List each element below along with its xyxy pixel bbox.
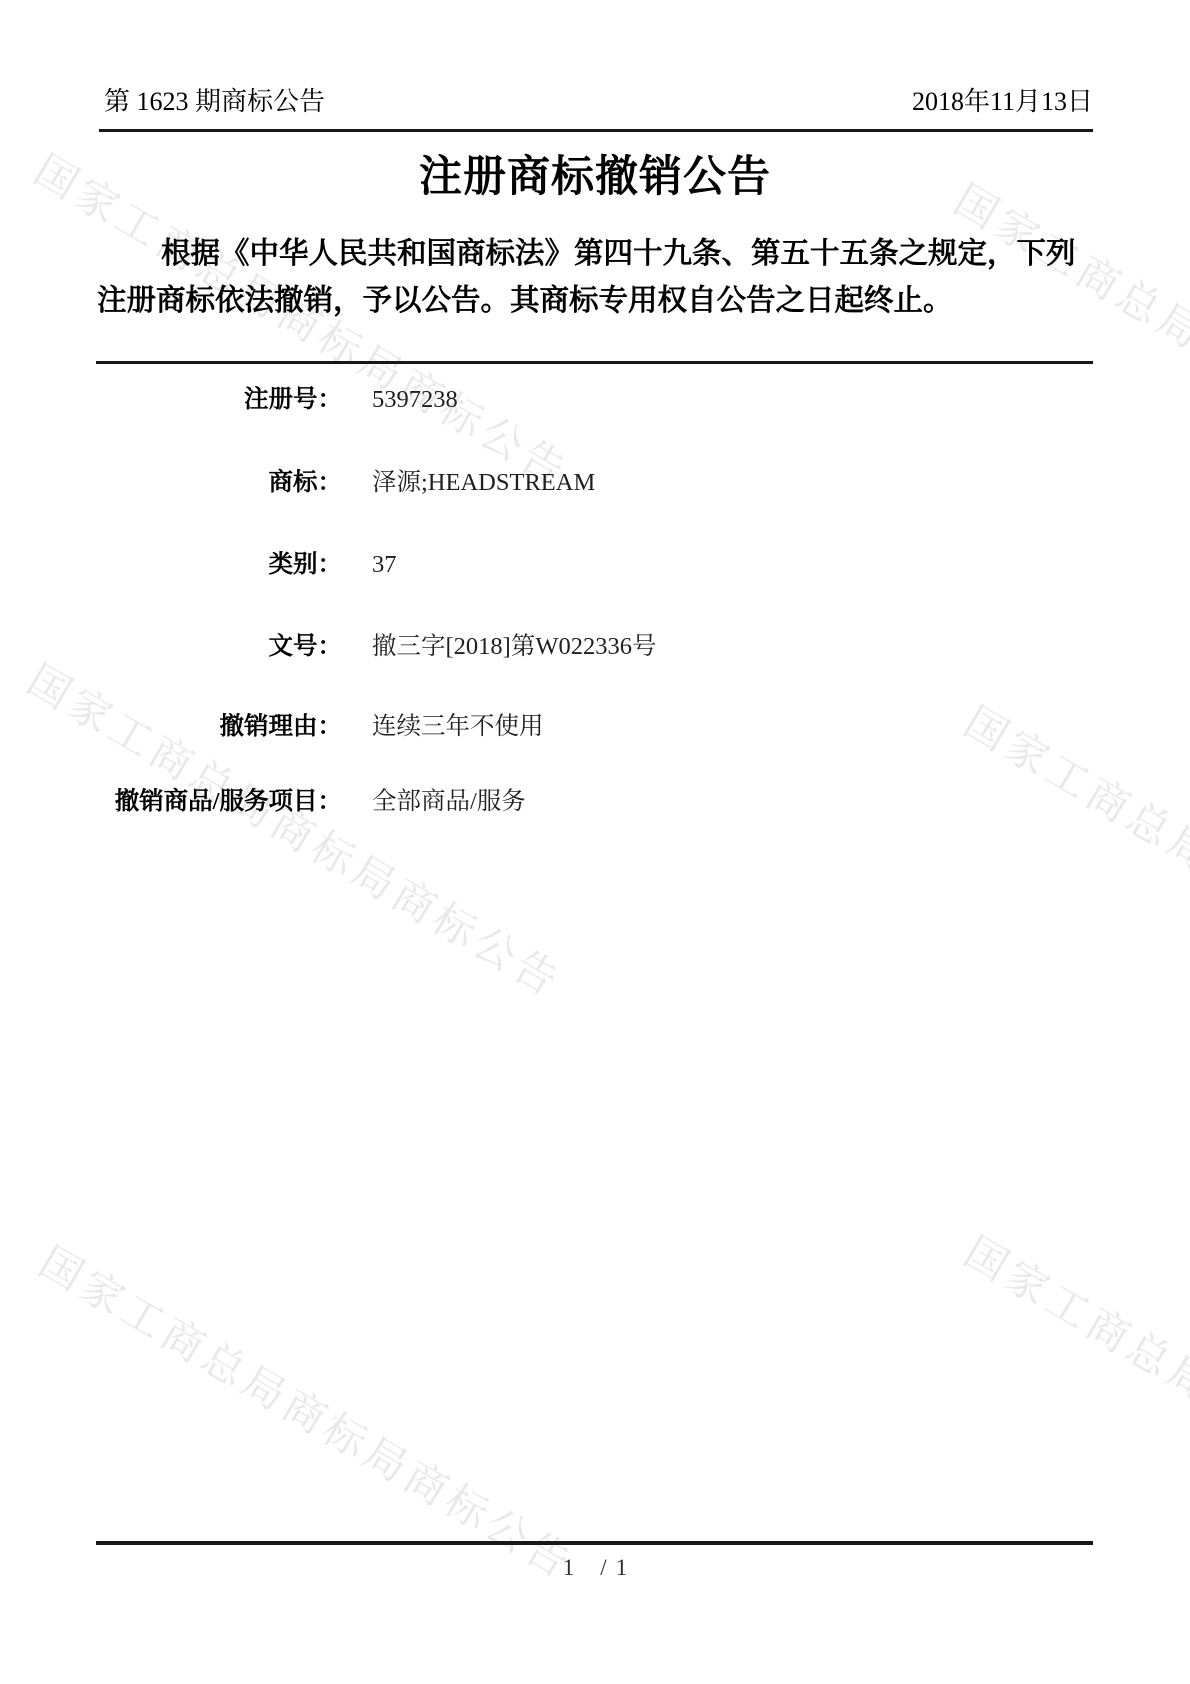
field-label-document-number: 文号： bbox=[96, 634, 342, 660]
field-label-cancelled-goods-services: 撤销商品/服务项目： bbox=[96, 789, 342, 815]
field-value-trademark: 泽源;HEADSTREAM bbox=[372, 470, 595, 496]
page-number-total: 1 bbox=[616, 1555, 628, 1581]
watermark-text: 国家工商总局商标局商标公告 bbox=[955, 1220, 1190, 1582]
page-number-separator: / bbox=[600, 1555, 606, 1581]
gazette-page: 国家工商总局商标局商标公告 国家工商总局商标局商标公告 国家工商总局商标局商标公… bbox=[0, 0, 1190, 1684]
gazette-date: 2018年11月13日 bbox=[912, 89, 1093, 115]
section-divider bbox=[96, 361, 1093, 364]
field-label-class: 类别： bbox=[96, 552, 342, 578]
intro-paragraph-line: 根据《中华人民共和国商标法》第四十九条、第五十五条之规定，下列 bbox=[97, 231, 1093, 278]
field-row-document-number: 文号： 撤三字[2018]第W022336号 bbox=[96, 634, 656, 660]
field-row-cancelled-goods-services: 撤销商品/服务项目： 全部商品/服务 bbox=[96, 789, 526, 815]
field-row-cancellation-reason: 撤销理由： 连续三年不使用 bbox=[96, 714, 544, 740]
field-value-class: 37 bbox=[372, 552, 397, 578]
page-number: 1 / 1 bbox=[0, 1555, 1190, 1581]
field-value-cancellation-reason: 连续三年不使用 bbox=[372, 714, 544, 740]
field-label-trademark: 商标： bbox=[96, 470, 342, 496]
field-row-trademark: 商标： 泽源;HEADSTREAM bbox=[96, 470, 595, 496]
header-divider bbox=[99, 129, 1093, 132]
intro-paragraph: 根据《中华人民共和国商标法》第四十九条、第五十五条之规定，下列 注册商标依法撤销… bbox=[97, 231, 1093, 325]
field-label-registration-number: 注册号： bbox=[96, 387, 342, 413]
footer-divider bbox=[96, 1541, 1093, 1545]
watermark-text: 国家工商总局商标局商标公告 bbox=[18, 648, 575, 1010]
intro-paragraph-line: 注册商标依法撤销，予以公告。其商标专用权自公告之日起终止。 bbox=[97, 278, 1093, 325]
watermark-text: 国家工商总局商标局商标公告 bbox=[945, 168, 1190, 530]
gazette-issue-number: 第 1623 期商标公告 bbox=[104, 89, 325, 115]
page-title: 注册商标撤销公告 bbox=[0, 153, 1190, 202]
field-value-document-number: 撤三字[2018]第W022336号 bbox=[372, 634, 656, 660]
field-label-cancellation-reason: 撤销理由： bbox=[96, 714, 342, 740]
field-value-registration-number: 5397238 bbox=[372, 387, 458, 413]
watermark-text: 国家工商总局商标局商标公告 bbox=[955, 690, 1190, 1052]
page-number-current: 1 bbox=[563, 1555, 575, 1581]
field-value-cancelled-goods-services: 全部商品/服务 bbox=[372, 789, 526, 815]
field-row-class: 类别： 37 bbox=[96, 552, 397, 578]
field-row-registration-number: 注册号： 5397238 bbox=[96, 387, 458, 413]
watermark-text: 国家工商总局商标局商标公告 bbox=[30, 1230, 587, 1592]
